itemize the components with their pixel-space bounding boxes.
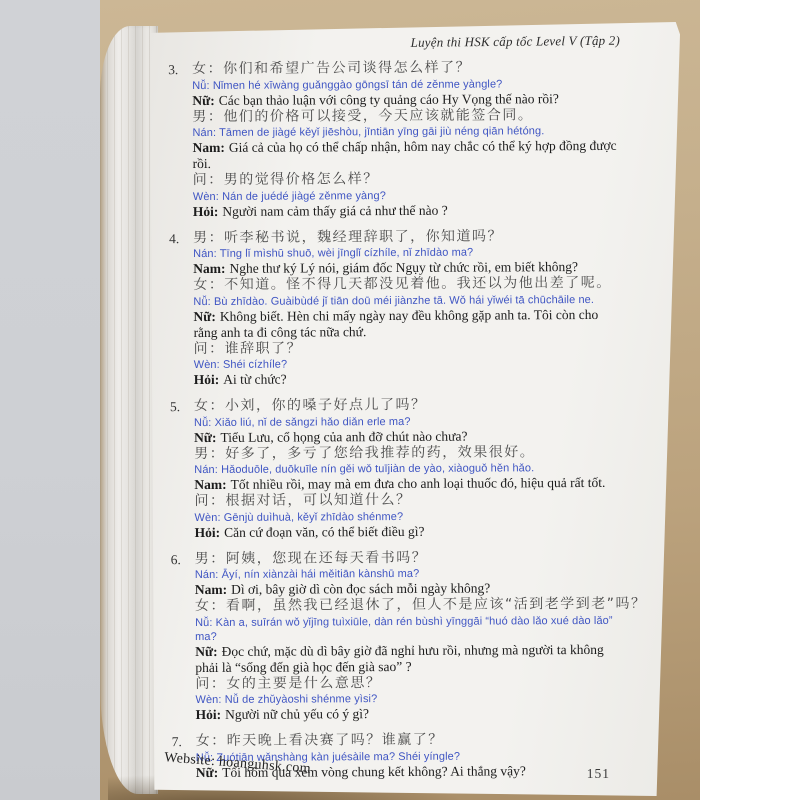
running-header: Luyện thi HSK cấp tốc Level V (Tập 2) <box>168 33 622 54</box>
speaker-label: Nữ: <box>192 92 214 107</box>
speaker-label: Nam: <box>193 261 225 276</box>
chinese-line: 男：好多了，多亏了您给我推荐的药，效果很好。 <box>194 443 622 463</box>
dialogue-item: 4.男：听李秘书说，魏经理辞职了，你知道吗？Nán: Tīng lǐ mìshū… <box>167 227 622 388</box>
chinese-line: 问：根据对话，可以知道什么？ <box>194 491 622 511</box>
dialogue-item: 5.女：小刘，你的嗓子好点儿了吗？Nǚ: Xiǎo liú, nǐ de sǎn… <box>168 396 623 541</box>
vietnamese-line: Hỏi:Người nữ chủ yếu có ý gì? <box>196 705 624 723</box>
speaker-label: Nam: <box>195 582 227 597</box>
item-number: 4. <box>169 231 179 247</box>
speaker-label: Nữ: <box>193 308 215 323</box>
pinyin-line: Nǚ: Bù zhīdào. Guàibùdé jǐ tiān doū méi … <box>193 292 621 308</box>
chinese-line: 女：小刘，你的嗓子好点儿了吗？ <box>194 396 622 416</box>
dialogue-item: 3.女：你们和希望广告公司谈得怎么样了？Nǚ: Nǐmen hé xīwàng … <box>166 59 621 220</box>
item-number: 6. <box>171 552 181 568</box>
page-content: Luyện thi HSK cấp tốc Level V (Tập 2) 3.… <box>148 22 680 796</box>
page-number: 151 <box>587 766 610 782</box>
vietnamese-line: Hỏi:Ai từ chức? <box>194 370 622 388</box>
chinese-line: 女：不知道。怪不得几天都没见着他。我还以为他出差了呢。 <box>193 275 621 295</box>
vietnamese-line: Nam:Giá cả của họ có thể chấp nhận, hôm … <box>193 138 621 172</box>
dialogue-sections: 3.女：你们和希望广告公司谈得怎么样了？Nǚ: Nǐmen hé xīwàng … <box>166 59 624 781</box>
vietnamese-line: Nam:Tốt nhiều rồi, may mà em đưa cho anh… <box>194 475 622 493</box>
item-number: 5. <box>170 399 180 415</box>
item-number: 3. <box>168 62 178 78</box>
vietnamese-line: Hỏi:Căn cứ đoạn văn, có thể biết điều gì… <box>195 522 623 540</box>
chinese-line: 问：谁辞职了？ <box>194 338 622 358</box>
vietnamese-line: Nữ:Đọc chứ, mặc dù dì bây giờ đã nghỉ hư… <box>195 641 623 675</box>
dialogue-item: 6.男：阿姨，您现在还每天看书吗？Nán: Āyí, nín xiànzài h… <box>169 548 624 723</box>
speaker-label: Nam: <box>194 477 226 492</box>
book-page-edges <box>100 26 158 794</box>
chinese-line: 女：昨天晚上看决赛了吗？谁赢了？ <box>196 731 624 751</box>
background-right-white <box>700 0 800 800</box>
chinese-line: 男：听李秘书说，魏经理辞职了，你知道吗？ <box>193 227 621 247</box>
pinyin-line: Nǚ: Kàn a, suīrán wǒ yǐjīng tuìxiūle, dà… <box>195 613 623 643</box>
book-page: Luyện thi HSK cấp tốc Level V (Tập 2) 3.… <box>148 22 680 796</box>
speaker-label: Hỏi: <box>193 203 219 218</box>
item-number: 7. <box>172 734 182 750</box>
chinese-line: 女：你们和希望广告公司谈得怎么样了？ <box>192 59 620 79</box>
chinese-line: 女：看啊，虽然我已经退休了，但人不是应该“活到老学到老”吗？ <box>195 596 623 616</box>
speaker-label: Nữ: <box>195 643 217 658</box>
chinese-line: 男：阿姨，您现在还每天看书吗？ <box>195 548 623 568</box>
chinese-line: 问：男的觉得价格怎么样？ <box>193 170 621 190</box>
chinese-line: 问：女的主要是什么意思？ <box>195 673 623 693</box>
speaker-label: Hỏi: <box>196 707 222 722</box>
background-left-gray <box>0 0 100 800</box>
vietnamese-line: Nữ:Không biết. Hèn chi mấy ngày nay đều … <box>193 306 621 340</box>
chinese-line: 男：他们的价格可以接受，今天应该就能签合同。 <box>192 106 620 126</box>
speaker-label: Nam: <box>193 140 225 155</box>
speaker-label: Hỏi: <box>194 372 220 387</box>
vietnamese-line: Hỏi:Người nam cảm thấy giá cả như thế nà… <box>193 201 621 219</box>
vietnamese-line: Nữ:Các bạn thảo luận với công ty quảng c… <box>192 90 620 108</box>
photo-of-book-page: Luyện thi HSK cấp tốc Level V (Tập 2) 3.… <box>0 0 800 800</box>
speaker-label: Nữ: <box>194 429 216 444</box>
speaker-label: Hỏi: <box>195 524 221 539</box>
